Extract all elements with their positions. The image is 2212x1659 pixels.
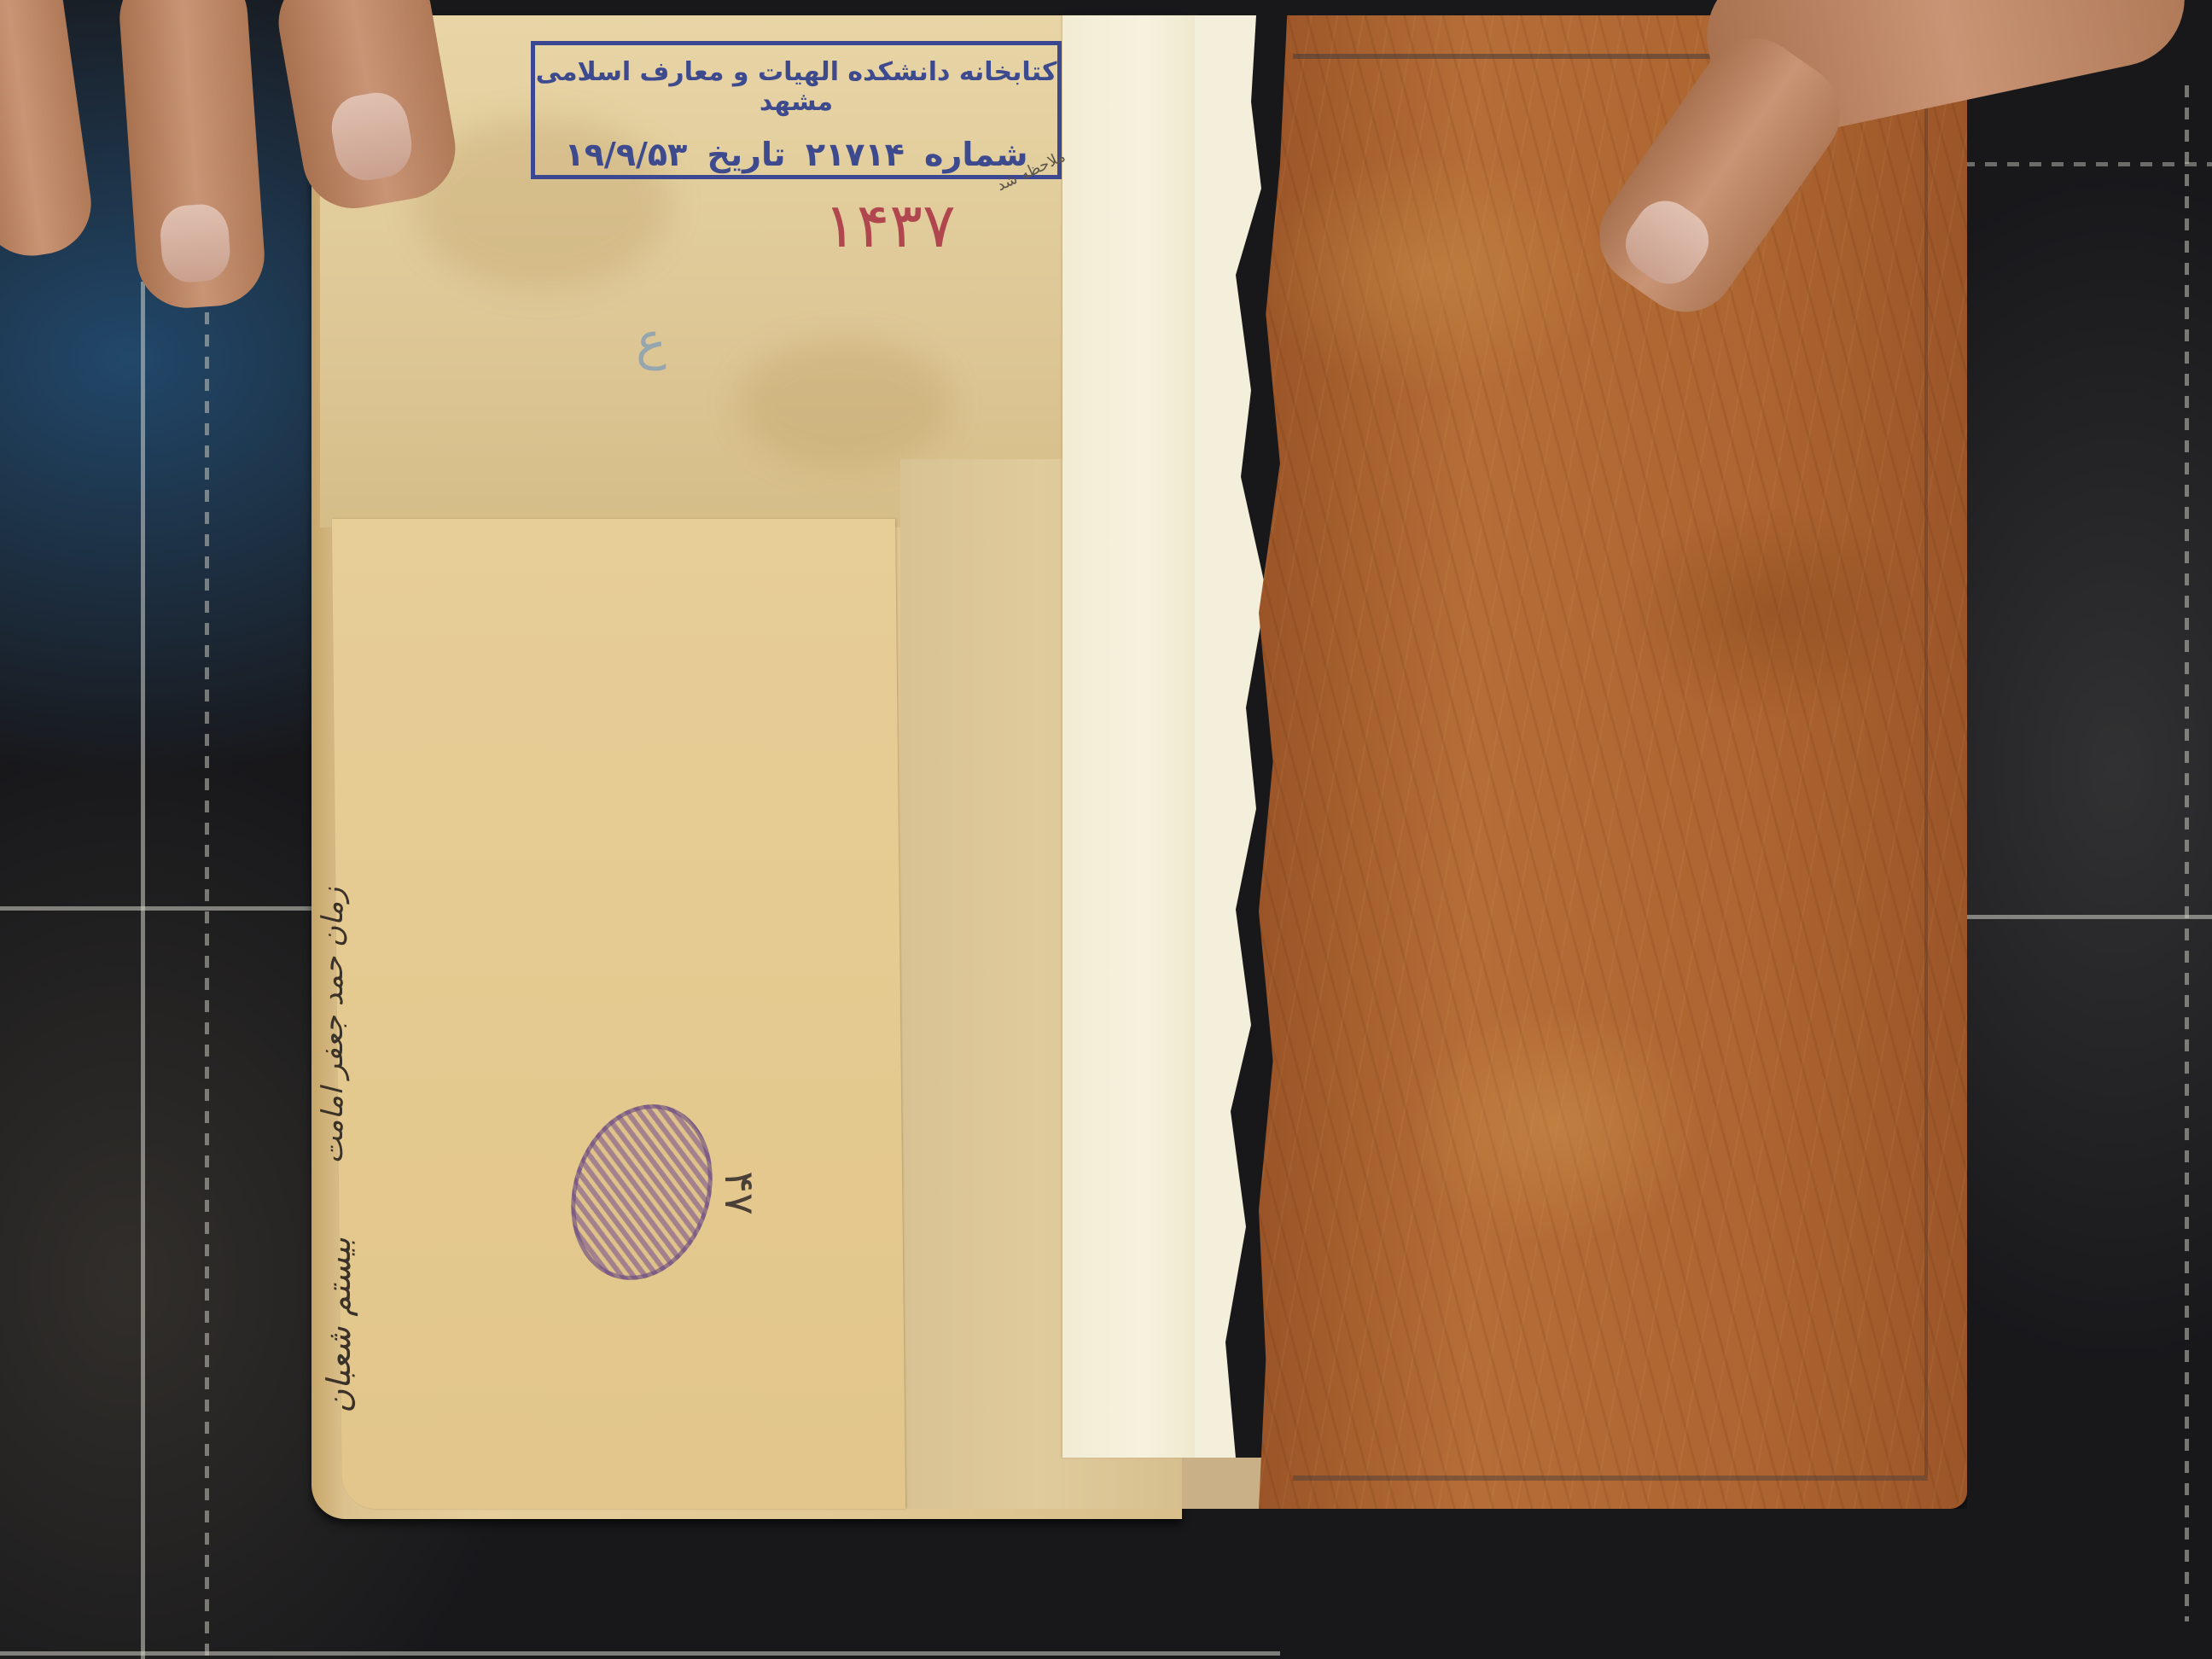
vertical-inscription-2: بیستم شعبان — [320, 1237, 358, 1413]
mat-grid-line — [1954, 915, 2212, 919]
left-hand-finger — [0, 0, 97, 262]
pasted-paper-slip — [332, 519, 905, 1509]
stamp-library-name: کتابخانه دانشکده الهیات و معارف اسلامی م… — [535, 57, 1057, 117]
mat-grid-line — [0, 1651, 1280, 1656]
seal-number: ۴۷ — [715, 1171, 763, 1215]
library-stamp: کتابخانه دانشکده الهیات و معارف اسلامی م… — [531, 41, 1062, 179]
mat-grid-line — [205, 290, 209, 1656]
mat-grid-line — [2185, 85, 2189, 1621]
mat-grid-line — [141, 282, 145, 1659]
fingernail — [159, 202, 232, 283]
fingernail — [326, 88, 416, 185]
inner-front-board — [311, 15, 1182, 1519]
blue-pencil-mark: ع — [636, 311, 667, 371]
left-hand-thumb — [271, 0, 463, 217]
left-hand-finger — [116, 0, 268, 311]
conservation-tissue-strip — [1062, 15, 1199, 1458]
photo-scene: کتابخانه دانشکده الهیات و معارف اسلامی م… — [0, 0, 2212, 1659]
mat-grid-line — [0, 906, 316, 911]
vertical-inscription: زمان حمد جعفر امامت — [316, 888, 350, 1164]
fingernail — [1614, 189, 1720, 295]
stamp-number-date: شماره ۲۱۷۱۴ تاریخ ۱۹/۹/۵۳ — [535, 136, 1057, 173]
red-shelf-number: ۱۴۳۷ — [824, 189, 956, 261]
mat-grid-line — [1963, 162, 2212, 166]
